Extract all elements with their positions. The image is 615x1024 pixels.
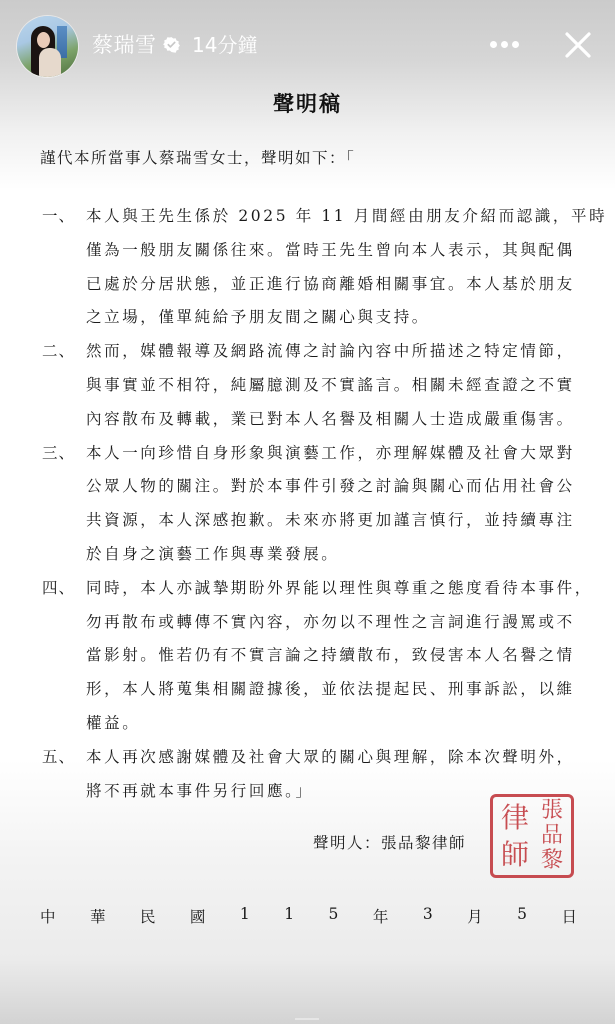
- more-options-button[interactable]: [490, 34, 530, 54]
- date-char: 年: [373, 905, 389, 927]
- avatar[interactable]: [17, 16, 78, 77]
- clause-line: 之立場，僅單純給予朋友間之關心與支持。: [86, 301, 607, 335]
- clause-text: 本人與王先生係於 2025 年 11 月間經由朋友介紹而認識，平時 僅為一般朋友…: [86, 200, 607, 335]
- document-intro: 謹代本所當事人蔡瑞雪女士，聲明如下：「: [40, 146, 355, 168]
- clause-text: 本人一向珍惜自身形象與演藝工作，亦理解媒體及社會大眾對 公眾人物的關注。對於本事…: [86, 437, 598, 572]
- clause-line: 僅為一般朋友關係往來。當時王先生曾向本人表示，其與配偶: [86, 234, 607, 268]
- story-header: 蔡瑞雪 14分鐘: [0, 0, 615, 90]
- clause-text: 然而，媒體報導及網路流傳之討論內容中所描述之特定情節， 與事實並不相符，純屬臆測…: [86, 335, 598, 436]
- seal-char: 師: [501, 843, 529, 867]
- clause-line: 已處於分居狀態，並正進行協商離婚相關事宜。本人基於朋友: [86, 268, 607, 302]
- document-title: 聲明稿: [0, 88, 615, 118]
- clause-1: 一、 本人與王先生係於 2025 年 11 月間經由朋友介紹而認識，平時 僅為一…: [42, 200, 598, 335]
- avatar-face: [37, 32, 50, 48]
- date-char: 3: [423, 905, 433, 927]
- clause-3: 三、 本人一向珍惜自身形象與演藝工作，亦理解媒體及社會大眾對 公眾人物的關注。對…: [42, 437, 598, 572]
- clause-line: 公眾人物的關注。對於本事件引發之討論與關心而佔用社會公: [86, 470, 598, 504]
- clause-line: 於自身之演藝工作與專業發展。: [86, 538, 598, 572]
- seal-char: 黎: [541, 849, 563, 873]
- clause-line: 與事實並不相符，純屬臆測及不實謠言。相關未經查證之不實: [86, 369, 598, 403]
- clause-line: 本人與王先生係於 2025 年 11 月間經由朋友介紹而認識，平時: [86, 200, 607, 234]
- signer-line: 聲明人：張品黎律師: [313, 831, 466, 853]
- clause-line: 當影射。惟若仍有不實言論之持續散布，致侵害本人名譽之情: [86, 639, 598, 673]
- date-char: 華: [90, 905, 106, 927]
- date-char: 日: [561, 905, 577, 927]
- clause-number: 四、: [42, 572, 86, 741]
- clause-line: 本人一向珍惜自身形象與演藝工作，亦理解媒體及社會大眾對: [86, 437, 598, 471]
- avatar-body: [39, 48, 61, 77]
- clause-line: 內容散布及轉載，業已對本人名譽及相關人士造成嚴重傷害。: [86, 403, 598, 437]
- document-date: 中 華 民 國 1 1 5 年 3 月 5 日: [40, 905, 577, 927]
- clause-4: 四、 同時，本人亦誠摯期盼外界能以理性與尊重之態度看待本事件， 勿再散布或轉傳不…: [42, 572, 598, 741]
- date-char: 1: [284, 905, 294, 927]
- clause-number: 五、: [42, 741, 86, 809]
- clause-line: 形，本人將蒐集相關證據後，並依法提起民、刑事訴訟，以維: [86, 673, 598, 707]
- clause-line: 共資源，本人深感抱歉。未來亦將更加謹言慎行，並持續專注: [86, 504, 598, 538]
- date-char: 中: [40, 905, 56, 927]
- date-char: 月: [467, 905, 483, 927]
- clause-line: 本人再次感謝媒體及社會大眾的關心與理解，除本次聲明外，: [86, 741, 598, 775]
- post-timestamp: 14分鐘: [192, 30, 257, 60]
- clause-number: 二、: [42, 335, 86, 436]
- lawyer-seal-stamp: 張 品 黎 律 師: [490, 794, 574, 878]
- clause-number: 三、: [42, 437, 86, 572]
- clause-line: 然而，媒體報導及網路流傳之討論內容中所描述之特定情節，: [86, 335, 598, 369]
- seal-char: 律: [501, 806, 529, 830]
- verified-badge-icon: [163, 36, 180, 53]
- username[interactable]: 蔡瑞雪: [92, 30, 157, 60]
- clause-text: 同時，本人亦誠摯期盼外界能以理性與尊重之態度看待本事件， 勿再散布或轉傳不實內容…: [86, 572, 598, 741]
- clause-2: 二、 然而，媒體報導及網路流傳之討論內容中所描述之特定情節， 與事實並不相符，純…: [42, 335, 598, 436]
- date-char: 民: [140, 905, 156, 927]
- clause-line: 勿再散布或轉傳不實內容，亦勿以不理性之言詞進行謾罵或不: [86, 606, 598, 640]
- close-icon[interactable]: [562, 29, 594, 61]
- date-char: 5: [517, 905, 527, 927]
- seal-right-column: 張 品 黎: [541, 799, 563, 873]
- clause-line: 權益。: [86, 707, 598, 741]
- seal-left-column: 律 師: [501, 799, 529, 873]
- date-char: 國: [190, 905, 206, 927]
- home-indicator: [295, 1018, 319, 1020]
- date-char: 5: [329, 905, 339, 927]
- statement-clauses: 一、 本人與王先生係於 2025 年 11 月間經由朋友介紹而認識，平時 僅為一…: [42, 200, 598, 808]
- seal-char: 張: [541, 799, 563, 823]
- date-char: 1: [240, 905, 250, 927]
- clause-line: 同時，本人亦誠摯期盼外界能以理性與尊重之態度看待本事件，: [86, 572, 598, 606]
- seal-inner: 張 品 黎 律 師: [495, 799, 569, 873]
- more-icon: [490, 41, 519, 48]
- clause-number: 一、: [42, 200, 86, 335]
- seal-char: 品: [541, 824, 563, 848]
